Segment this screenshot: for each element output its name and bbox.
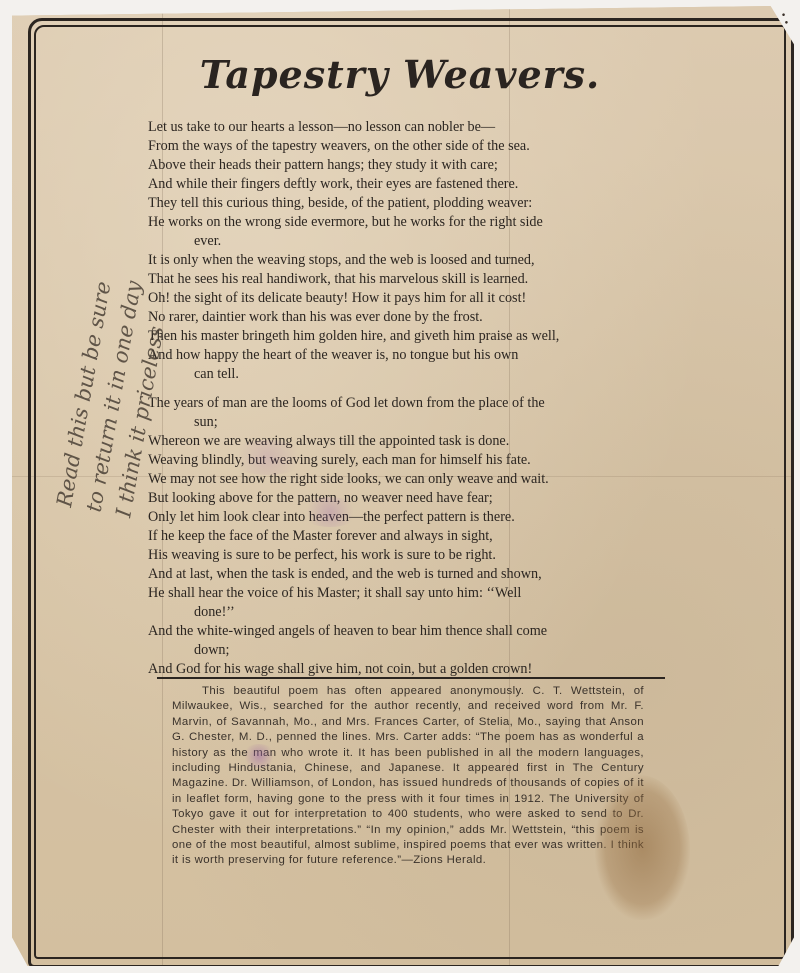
poem-line: His weaving is sure to be perfect, his w… xyxy=(148,546,668,565)
poem-line: The years of man are the looms of God le… xyxy=(148,394,668,413)
poem-line: And how happy the heart of the weaver is… xyxy=(148,346,668,365)
poem-line: They tell this curious thing, beside, of… xyxy=(148,194,668,213)
poem-line: But looking above for the pattern, no we… xyxy=(148,489,668,508)
poem-line: done!’’ xyxy=(148,603,668,622)
section-divider xyxy=(157,677,665,679)
poem-stanza: The years of man are the looms of God le… xyxy=(148,394,668,679)
poem-line: sun; xyxy=(148,413,668,432)
poem-line: He works on the wrong side evermore, but… xyxy=(148,213,668,232)
footnote: This beautiful poem has often appeared a… xyxy=(172,684,644,869)
ink-smudge xyxy=(242,744,276,768)
poem-line: We may not see how the right side looks,… xyxy=(148,470,668,489)
ink-smudge xyxy=(228,440,308,475)
poem-line: Whereon we are weaving always till the a… xyxy=(148,432,668,451)
poem-line: Weaving blindly, but weaving surely, eac… xyxy=(148,451,668,470)
poem-line: He shall hear the voice of his Master; i… xyxy=(148,584,668,603)
poem-line: That he sees his real handiwork, that hi… xyxy=(148,270,668,289)
poem-line: If he keep the face of the Master foreve… xyxy=(148,527,668,546)
poem-line: No rarer, daintier work than his was eve… xyxy=(148,308,668,327)
poem-line: And while their fingers deftly work, the… xyxy=(148,175,668,194)
poem-line: down; xyxy=(148,641,668,660)
footnote-text: This beautiful poem has often appeared a… xyxy=(172,684,644,869)
poem-line: Then his master bringeth him golden hire… xyxy=(148,327,668,346)
poem-line: Oh! the sight of its delicate beauty! Ho… xyxy=(148,289,668,308)
poem-line: Let us take to our hearts a lesson—no le… xyxy=(148,118,668,137)
poem-line: can tell. xyxy=(148,365,668,384)
poem-line: Above their heads their pattern hangs; t… xyxy=(148,156,668,175)
water-stain xyxy=(595,775,690,920)
document-title: Tapestry Weavers. xyxy=(0,52,800,97)
poem-line: And the white-winged angels of heaven to… xyxy=(148,622,668,641)
ink-smudge xyxy=(300,497,360,527)
poem-stanza: Let us take to our hearts a lesson—no le… xyxy=(148,118,668,384)
poem-line: Only let him look clear into heaven—the … xyxy=(148,508,668,527)
poem-body: Let us take to our hearts a lesson—no le… xyxy=(148,118,668,689)
poem-line: It is only when the weaving stops, and t… xyxy=(148,251,668,270)
poem-line: From the ways of the tapestry weavers, o… xyxy=(148,137,668,156)
poem-line: And at last, when the task is ended, and… xyxy=(148,565,668,584)
poem-line: ever. xyxy=(148,232,668,251)
